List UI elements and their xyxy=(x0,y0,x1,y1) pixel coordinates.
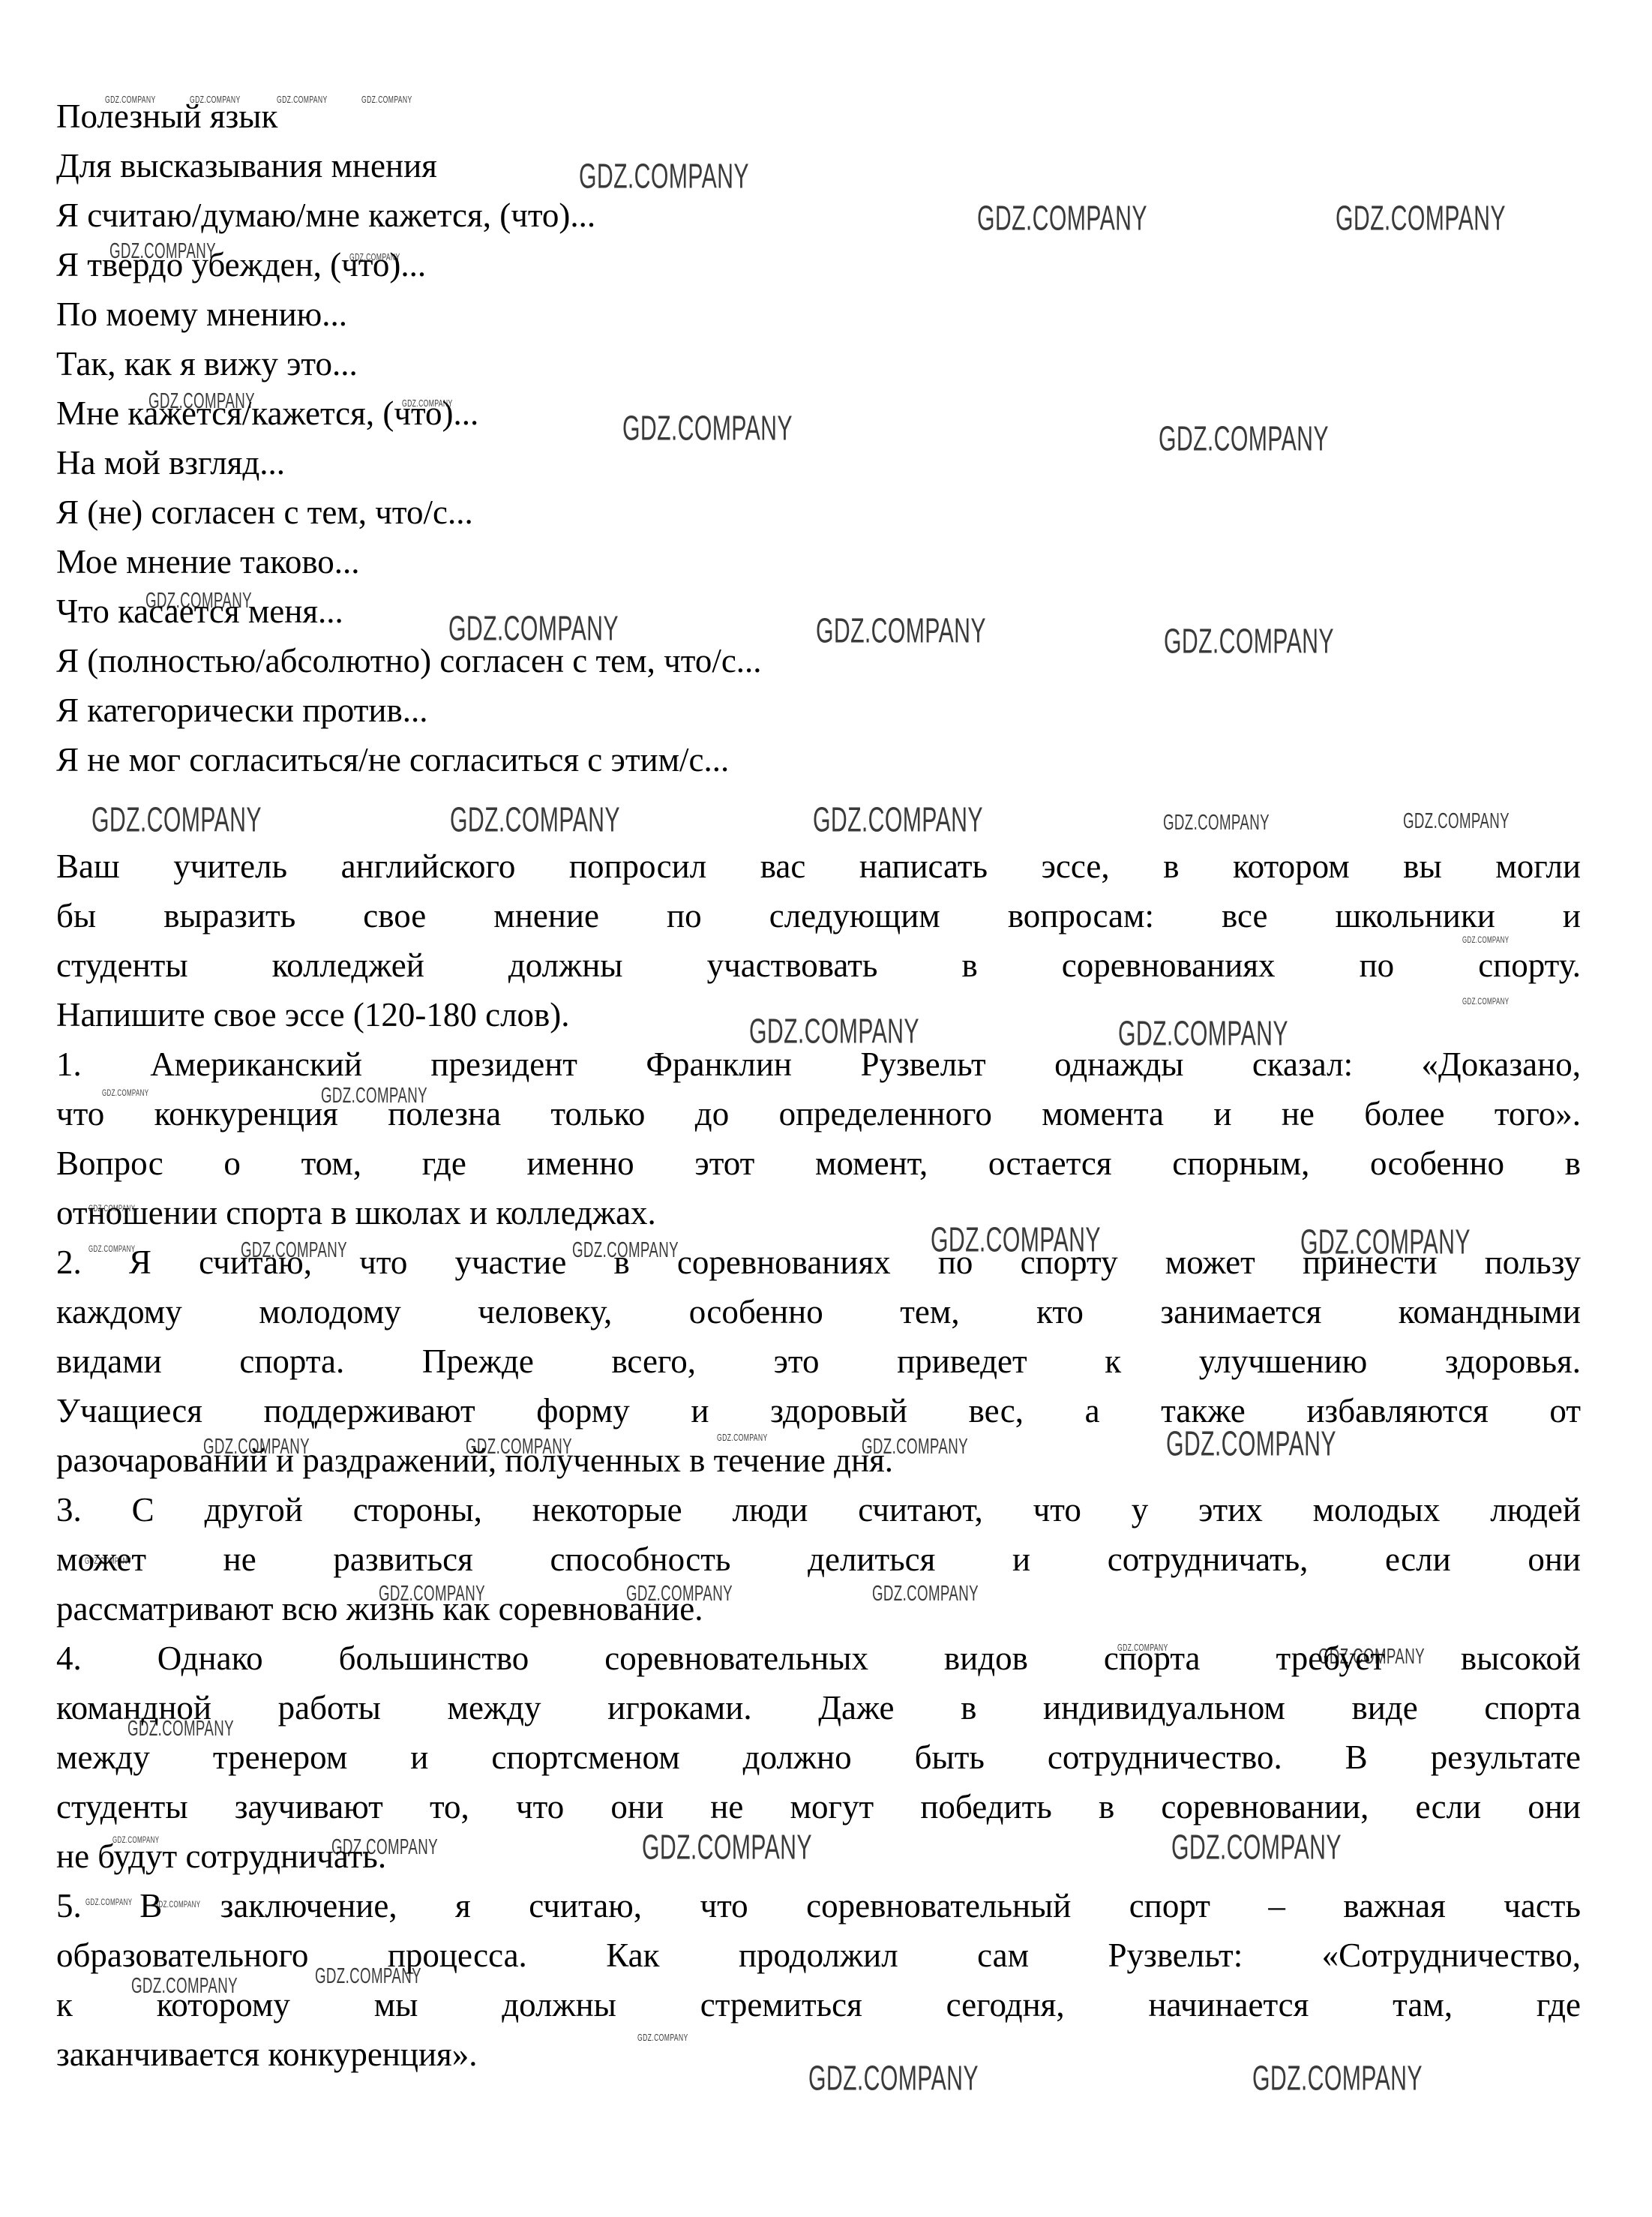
essay-paragraph-3-line: рассматривают всю жизнь как соревнование… xyxy=(56,1584,1581,1633)
useful-language-phrase: Мое мнение таково... xyxy=(56,537,1581,586)
useful-language-subtitle: Для высказывания мнения xyxy=(56,141,1581,190)
essay-paragraph-5-line: к которому мы должны стремиться сегодня,… xyxy=(56,1980,1581,2029)
essay-paragraph-2-line: каждому молодому человеку, особенно тем,… xyxy=(56,1287,1581,1336)
useful-language-phrase: Я (не) согласен с тем, что/с... xyxy=(56,487,1581,537)
task-line: Ваш учитель английского попросил вас нап… xyxy=(56,841,1581,891)
useful-language-phrase: Я категорически против... xyxy=(56,685,1581,735)
essay-paragraph-1-line: 1. Американский президент Франклин Рузве… xyxy=(56,1039,1581,1089)
section-gap xyxy=(56,784,1581,841)
task-line: Напишите свое эссе (120-180 слов). xyxy=(56,990,1581,1039)
useful-language-phrase: Мне кажется/кажется, (что)... xyxy=(56,388,1581,438)
useful-language-phrase-list: Я считаю/думаю/мне кажется, (что)...Я тв… xyxy=(56,190,1581,784)
essay-paragraph-4-line: 4. Однако большинство соревновательных в… xyxy=(56,1633,1581,1683)
useful-language-phrase: Я твердо убежден, (что)... xyxy=(56,240,1581,289)
document-page: GDZ.COMPANYGDZ.COMPANYGDZ.COMPANYGDZ.COM… xyxy=(0,0,1652,2217)
essay-paragraph-4-line: студенты заучивают то, что они не могут … xyxy=(56,1782,1581,1831)
useful-language-phrase: Что касается меня... xyxy=(56,586,1581,636)
essay-paragraph-4-line: между тренером и спортсменом должно быть… xyxy=(56,1732,1581,1782)
essay-paragraph-1: 1. Американский президент Франклин Рузве… xyxy=(56,1039,1581,1237)
task-line: студенты колледжей должны участвовать в … xyxy=(56,940,1581,990)
essay-paragraph-5-line: заканчивается конкуренция». xyxy=(56,2029,1581,2079)
essay-paragraph-4-line: командной работы между игроками. Даже в … xyxy=(56,1683,1581,1732)
essay-paragraph-1-line: что конкуренция полезна только до опреде… xyxy=(56,1089,1581,1138)
essay-paragraph-4-line: не будут сотрудничать. xyxy=(56,1831,1581,1881)
essay-paragraph-1-line: Вопрос о том, где именно этот момент, ос… xyxy=(56,1138,1581,1188)
useful-language-title: Полезный язык xyxy=(56,91,1581,141)
essay-paragraph-3-line: 3. С другой стороны, некоторые люди счит… xyxy=(56,1485,1581,1534)
useful-language-phrase: Я (полностью/абсолютно) согласен с тем, … xyxy=(56,636,1581,685)
essay-paragraph-2-line: разочарований и раздражений, полученных … xyxy=(56,1435,1581,1485)
essay-paragraph-2: 2. Я считаю, что участие в соревнованиях… xyxy=(56,1237,1581,1485)
essay-paragraph-4: 4. Однако большинство соревновательных в… xyxy=(56,1633,1581,1881)
essay-paragraph-2-line: 2. Я считаю, что участие в соревнованиях… xyxy=(56,1237,1581,1287)
essay-paragraph-5-line: 5. В заключение, я считаю, что соревнова… xyxy=(56,1881,1581,1930)
essay-paragraphs: 1. Американский президент Франклин Рузве… xyxy=(56,1039,1581,2079)
useful-language-phrase: Так, как я вижу это... xyxy=(56,339,1581,388)
essay-paragraph-1-line: отношении спорта в школах и колледжах. xyxy=(56,1188,1581,1237)
useful-language-phrase: На мой взгляд... xyxy=(56,438,1581,487)
essay-paragraph-3: 3. С другой стороны, некоторые люди счит… xyxy=(56,1485,1581,1633)
document-content: Полезный язык Для высказывания мнения Я … xyxy=(56,0,1581,2079)
essay-paragraph-5-line: образовательного процесса. Как продолжил… xyxy=(56,1930,1581,1980)
useful-language-phrase: Я считаю/думаю/мне кажется, (что)... xyxy=(56,190,1581,240)
essay-task: Ваш учитель английского попросил вас нап… xyxy=(56,841,1581,1039)
useful-language-phrase: По моему мнению... xyxy=(56,289,1581,339)
essay-paragraph-2-line: Учащиеся поддерживают форму и здоровый в… xyxy=(56,1386,1581,1435)
essay-paragraph-3-line: может не развиться способность делиться … xyxy=(56,1534,1581,1584)
task-line: бы выразить свое мнение по следующим воп… xyxy=(56,891,1581,940)
essay-paragraph-2-line: видами спорта. Прежде всего, это приведе… xyxy=(56,1336,1581,1386)
essay-paragraph-5: 5. В заключение, я считаю, что соревнова… xyxy=(56,1881,1581,2079)
useful-language-phrase: Я не мог согласиться/не согласиться с эт… xyxy=(56,735,1581,784)
